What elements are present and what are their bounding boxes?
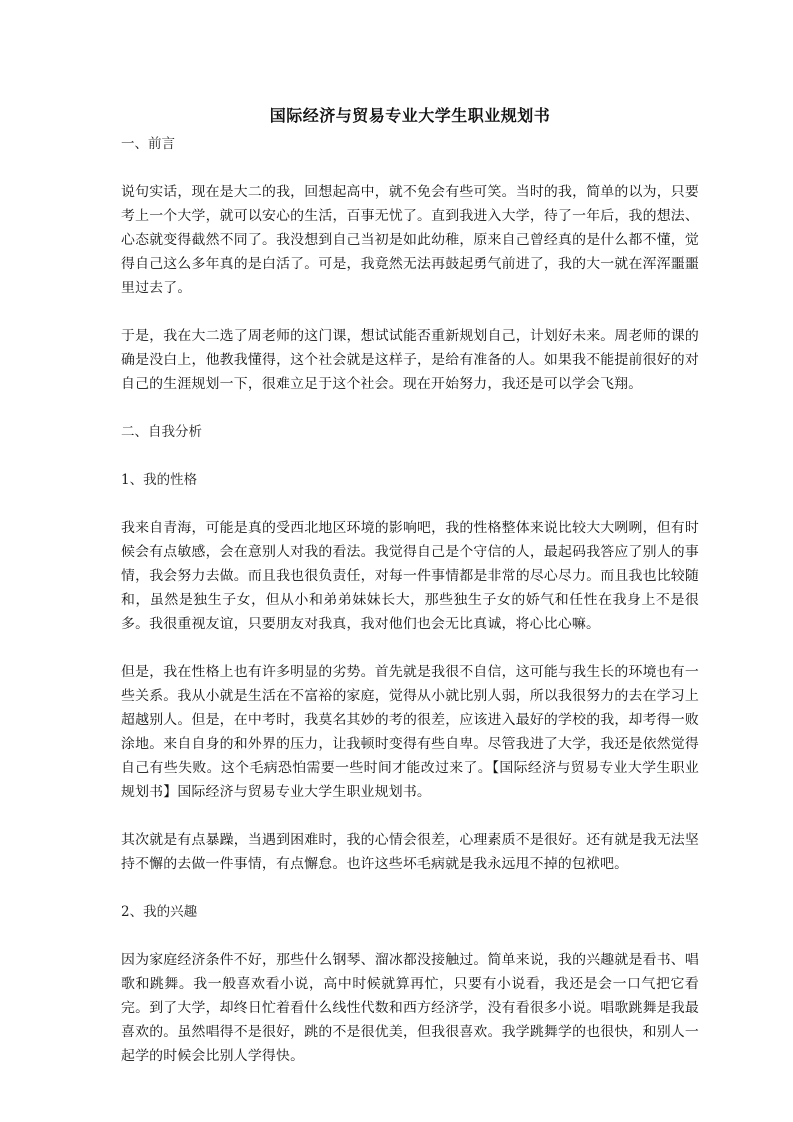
- document-title: 国际经济与贸易专业大学生职业规划书: [121, 104, 699, 128]
- paragraph: 其次就是有点暴躁，当遇到困难时，我的心情会很差，心理素质不是很好。还有就是我无法…: [121, 828, 699, 876]
- paragraph: 我来自青海，可能是真的受西北地区环境的影响吧，我的性格整体来说比较大大咧咧，但有…: [121, 516, 699, 636]
- section-heading-self-analysis: 二、自我分析: [121, 420, 699, 444]
- section-heading-preface: 一、前言: [121, 132, 699, 156]
- paragraph: 因为家庭经济条件不好，那些什么钢琴、溜冰都没接触过。简单来说，我的兴趣就是看书、…: [121, 948, 699, 1068]
- paragraph: 但是，我在性格上也有许多明显的劣势。首先就是我很不自信，这可能与我生长的环境也有…: [121, 660, 699, 804]
- paragraph: 于是，我在大二选了周老师的这门课，想试试能否重新规划自己，计划好未来。周老师的课…: [121, 324, 699, 396]
- subsection-heading-personality: 1、我的性格: [121, 468, 699, 492]
- document-page: 国际经济与贸易专业大学生职业规划书 一、前言 说句实话，现在是大二的我，回想起高…: [121, 104, 699, 1092]
- paragraph: 说句实话，现在是大二的我，回想起高中，就不免会有些可笑。当时的我，简单的以为，只…: [121, 180, 699, 300]
- subsection-heading-interests: 2、我的兴趣: [121, 900, 699, 924]
